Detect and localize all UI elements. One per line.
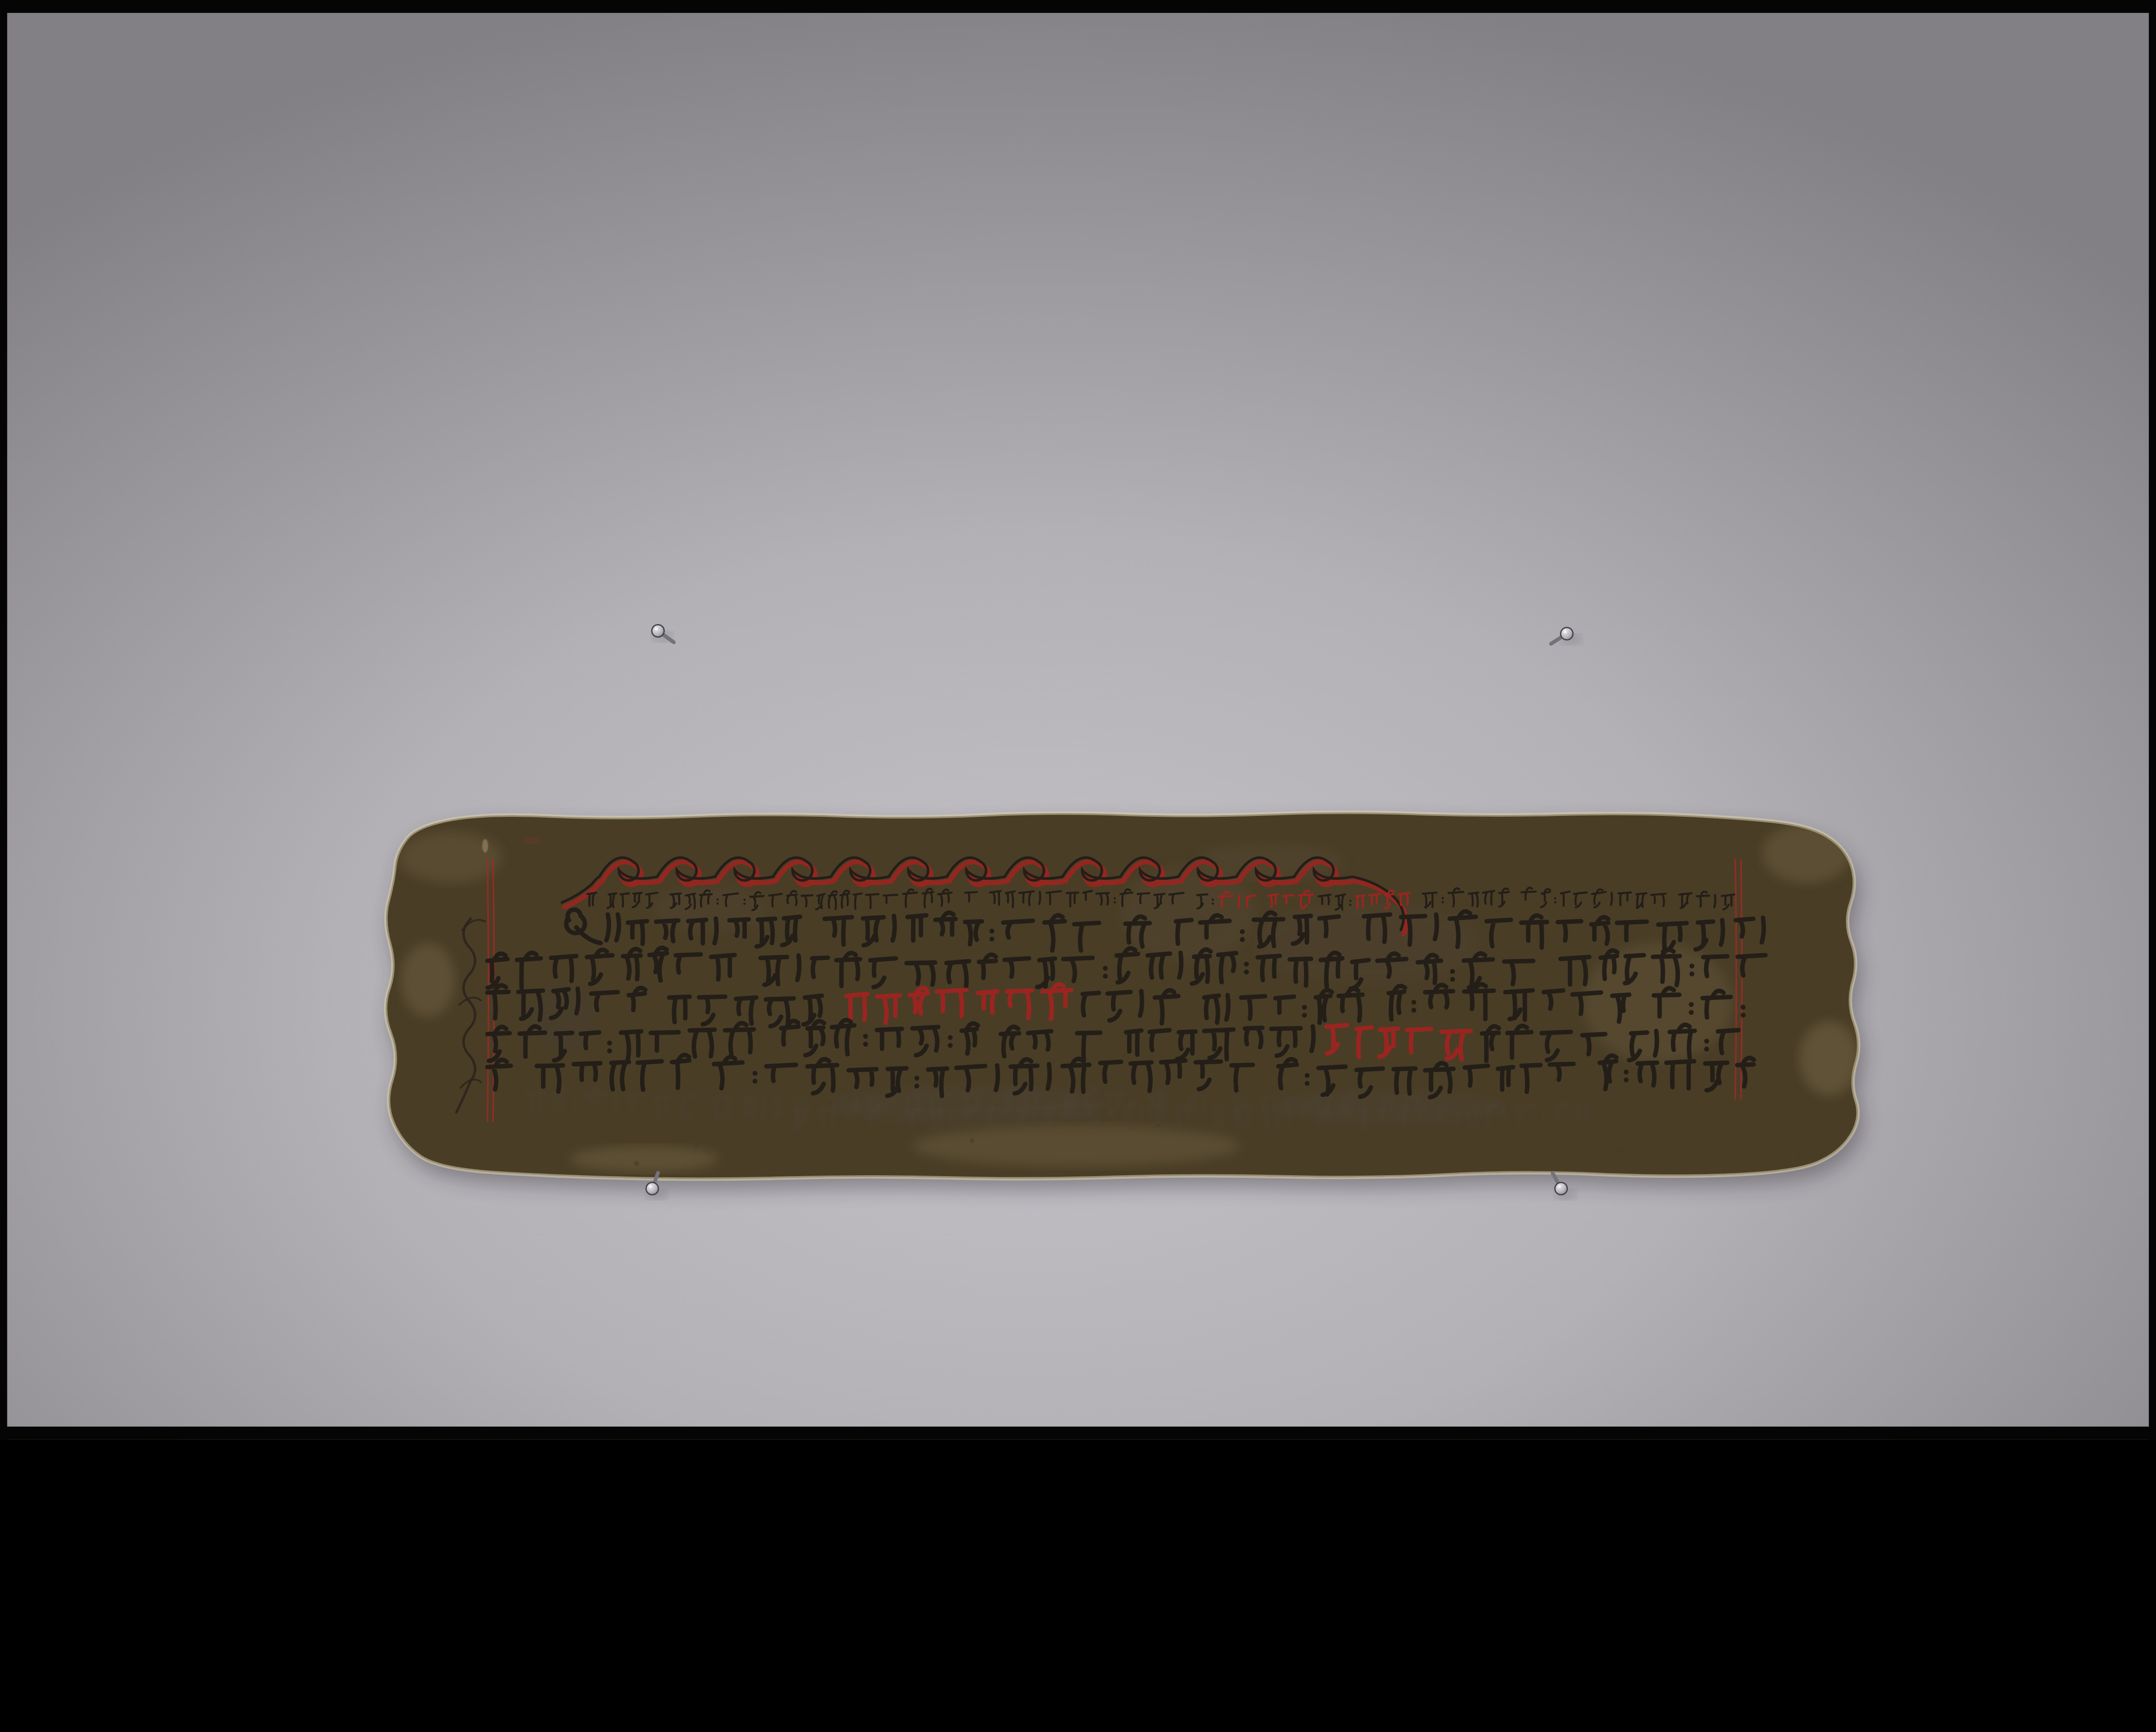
wormhole bbox=[1693, 913, 1696, 916]
wormhole bbox=[1738, 1127, 1742, 1131]
manuscript-photo bbox=[0, 0, 2156, 1440]
string-hole bbox=[482, 839, 489, 853]
wormhole bbox=[694, 1144, 698, 1148]
manuscript-leaf bbox=[385, 812, 1859, 1179]
wormhole bbox=[451, 1127, 455, 1131]
stain bbox=[525, 838, 540, 843]
wormhole bbox=[1156, 1123, 1160, 1127]
stain bbox=[401, 943, 454, 1017]
wormhole bbox=[485, 1155, 489, 1159]
stain bbox=[912, 1126, 1241, 1167]
wormhole bbox=[1617, 1147, 1623, 1152]
stain bbox=[1799, 1021, 1859, 1096]
wall-background bbox=[0, 0, 2156, 1440]
photo-stage bbox=[0, 0, 2156, 1440]
wormhole bbox=[1395, 1152, 1399, 1156]
wormhole bbox=[1351, 842, 1354, 846]
wormhole bbox=[1499, 1135, 1503, 1139]
wormhole bbox=[1683, 1094, 1686, 1098]
wormhole bbox=[970, 1138, 975, 1143]
wormhole bbox=[1231, 1083, 1234, 1086]
wormhole bbox=[829, 1101, 832, 1104]
stain bbox=[569, 1146, 718, 1172]
wormhole bbox=[1797, 1153, 1802, 1158]
wormhole bbox=[426, 1037, 432, 1043]
wormhole bbox=[634, 1161, 639, 1166]
